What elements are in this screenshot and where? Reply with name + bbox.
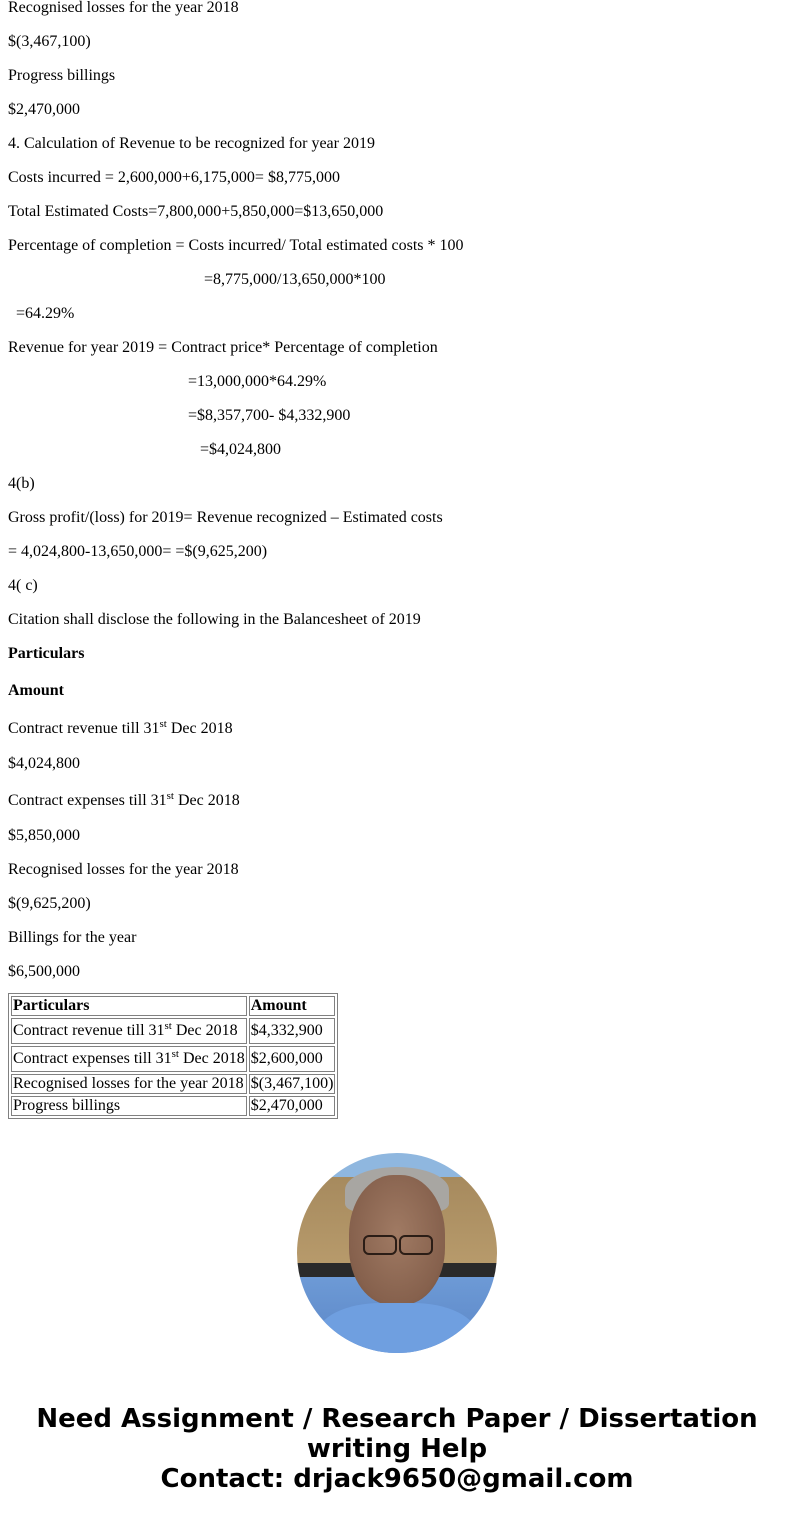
section-heading: 4. Calculation of Revenue to be recogniz…: [8, 127, 788, 161]
text-line: Percentage of completion = Costs incurre…: [8, 229, 788, 263]
column-heading-amount: Amount: [8, 671, 788, 709]
text-line: Total Estimated Costs=7,800,000+5,850,00…: [8, 195, 788, 229]
formula-line: =$8,357,700- $4,332,900: [8, 399, 788, 433]
table-cell-particular: Progress billings: [11, 1096, 247, 1116]
table-header-cell: Amount: [249, 996, 336, 1016]
text-fragment: Dec 2018: [179, 1050, 245, 1067]
text-fragment: Contract expenses till 31: [8, 792, 167, 809]
table-cell-particular: Contract expenses till 31st Dec 2018: [11, 1046, 247, 1072]
formula-line: =8,775,000/13,650,000*100: [8, 263, 788, 297]
text-line: Progress billings: [8, 59, 788, 93]
formula-line: =13,000,000*64.29%: [8, 365, 788, 399]
promo-banner: Need Assignment / Research Paper / Disse…: [0, 1404, 794, 1494]
document-body: Recognised losses for the year 2018 $(3,…: [8, 0, 788, 989]
text-line: Billings for the year: [8, 921, 788, 955]
text-line: Contract expenses till 31st Dec 2018: [8, 781, 788, 819]
text-line: $(9,625,200): [8, 887, 788, 921]
table-cell-amount: $2,470,000: [249, 1096, 336, 1116]
table-cell-amount: $(3,467,100): [249, 1074, 336, 1094]
formula-line: = 4,024,800-13,650,000= =$(9,625,200): [8, 535, 788, 569]
superscript: st: [160, 718, 167, 730]
table-header-row: Particulars Amount: [11, 996, 335, 1016]
text-fragment: Dec 2018: [174, 792, 240, 809]
formula-line: =$4,024,800: [8, 433, 788, 467]
summary-table: Particulars Amount Contract revenue till…: [8, 993, 338, 1119]
table-cell-particular: Recognised losses for the year 2018: [11, 1074, 247, 1094]
text-fragment: Contract revenue till 31: [13, 1022, 165, 1039]
text-line: Contract revenue till 31st Dec 2018: [8, 709, 788, 747]
text-line: $4,024,800: [8, 747, 788, 781]
text-line: $6,500,000: [8, 955, 788, 989]
text-fragment: Contract expenses till 31: [13, 1050, 172, 1067]
text-line: $2,470,000: [8, 93, 788, 127]
text-line: Recognised losses for the year 2018: [8, 853, 788, 887]
text-line: Gross profit/(loss) for 2019= Revenue re…: [8, 501, 788, 535]
table-row: Contract revenue till 31st Dec 2018 $4,3…: [11, 1018, 335, 1044]
text-line: $(3,467,100): [8, 25, 788, 59]
text-line: Citation shall disclose the following in…: [8, 603, 788, 637]
promo-line: Need Assignment / Research Paper / Disse…: [0, 1404, 794, 1434]
table-cell-amount: $4,332,900: [249, 1018, 336, 1044]
text-fragment: Dec 2018: [172, 1022, 238, 1039]
table-header-cell: Particulars: [11, 996, 247, 1016]
text-fragment: Contract revenue till 31: [8, 720, 160, 737]
glasses-icon: [363, 1235, 433, 1253]
superscript: st: [165, 1020, 172, 1032]
table-cell-particular: Contract revenue till 31st Dec 2018: [11, 1018, 247, 1044]
text-line: Costs incurred = 2,600,000+6,175,000= $8…: [8, 161, 788, 195]
text-fragment: Dec 2018: [167, 720, 233, 737]
table-cell-amount: $2,600,000: [249, 1046, 336, 1072]
promo-contact[interactable]: Contact: drjack9650@gmail.com: [0, 1464, 794, 1494]
text-line: Recognised losses for the year 2018: [8, 0, 788, 25]
column-heading-particulars: Particulars: [8, 637, 788, 671]
shirt-shape: [317, 1303, 477, 1353]
promo-line: writing Help: [0, 1434, 794, 1464]
superscript: st: [167, 790, 174, 802]
section-heading: 4(b): [8, 467, 788, 501]
section-heading: 4( c): [8, 569, 788, 603]
table-row: Progress billings $2,470,000: [11, 1096, 335, 1116]
formula-line: =64.29%: [8, 297, 788, 331]
table-row: Contract expenses till 31st Dec 2018 $2,…: [11, 1046, 335, 1072]
text-line: Revenue for year 2019 = Contract price* …: [8, 331, 788, 365]
superscript: st: [172, 1048, 179, 1060]
author-photo: [297, 1153, 497, 1353]
table-row: Recognised losses for the year 2018 $(3,…: [11, 1074, 335, 1094]
text-line: $5,850,000: [8, 819, 788, 853]
